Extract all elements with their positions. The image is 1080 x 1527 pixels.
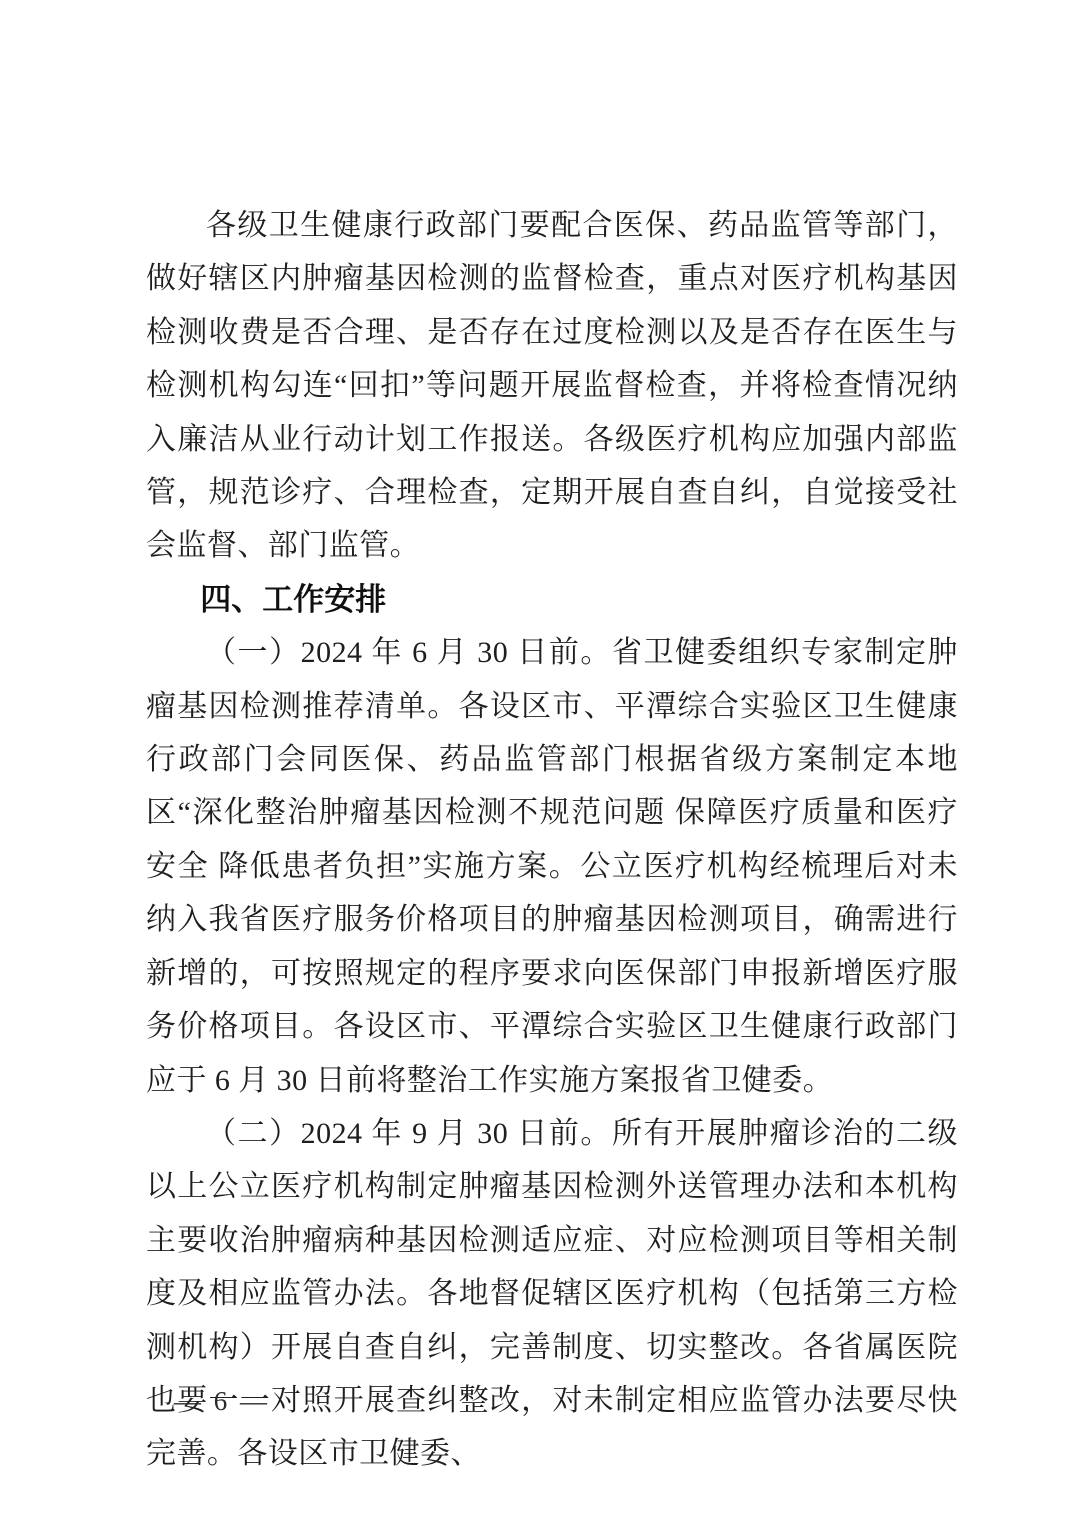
document-page: 各级卫生健康行政部门要配合医保、药品监管等部门，做好辖区内肿瘤基因检测的监督检查…	[0, 0, 1080, 1527]
paragraph-item-two-september-deadline: （二）2024 年 9 月 30 日前。所有开展肿瘤诊治的二级以上公立医疗机构制…	[146, 1107, 958, 1481]
section-heading-work-arrangement: 四、工作安排	[146, 573, 958, 626]
page-number: — 6 —	[174, 1386, 270, 1417]
paragraph-item-one-june-deadline: （一）2024 年 6 月 30 日前。省卫健委组织专家制定肿瘤基因检测推荐清单…	[146, 626, 958, 1107]
paragraph-supervision-requirements: 各级卫生健康行政部门要配合医保、药品监管等部门，做好辖区内肿瘤基因检测的监督检查…	[146, 199, 958, 573]
document-body: 各级卫生健康行政部门要配合医保、药品监管等部门，做好辖区内肿瘤基因检测的监督检查…	[146, 199, 958, 1481]
